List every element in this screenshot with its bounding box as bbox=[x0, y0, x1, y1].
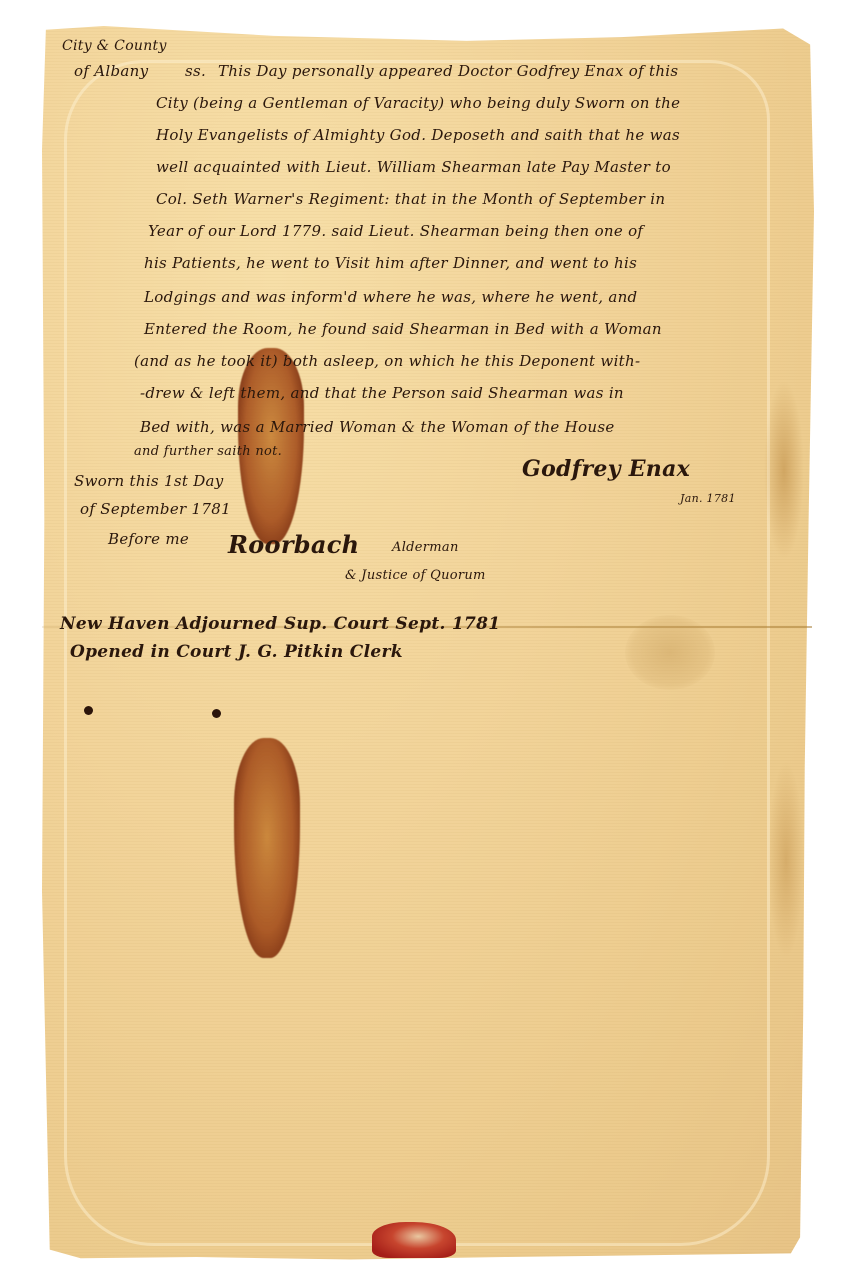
body-line: his Patients, he went to Visit him after… bbox=[144, 254, 637, 272]
body-line: City (being a Gentleman of Varacity) who… bbox=[156, 94, 680, 112]
wax-seal-remnant bbox=[372, 1222, 456, 1258]
body-line: -drew & left them, and that the Person s… bbox=[140, 384, 624, 402]
body-line: Holy Evangelists of Almighty God. Depose… bbox=[156, 126, 680, 144]
edge-stain bbox=[764, 380, 804, 560]
body-line: Entered the Room, he found said Shearman… bbox=[144, 320, 662, 338]
body-line: Lodgings and was inform'd where he was, … bbox=[144, 288, 637, 306]
officiant-signature: Roorbach bbox=[228, 530, 359, 559]
court-endorsement-line-2: Opened in Court J. G. Pitkin Clerk bbox=[70, 642, 403, 662]
body-line: Col. Seth Warner's Regiment: that in the… bbox=[156, 190, 665, 208]
ink-dot bbox=[212, 709, 221, 718]
ink-dot bbox=[84, 706, 93, 715]
court-endorsement-line-1: New Haven Adjourned Sup. Court Sept. 178… bbox=[60, 614, 500, 634]
body-line-closing: and further saith not. bbox=[134, 444, 282, 459]
deponent-flourish: Jan. 1781 bbox=[680, 492, 736, 505]
officiant-title-1: Alderman bbox=[392, 540, 459, 555]
body-line: (and as he took it) both asleep, on whic… bbox=[134, 352, 640, 370]
jurat-line-2: of September 1781 bbox=[80, 500, 231, 518]
water-stain bbox=[625, 615, 715, 690]
deponent-signature: Godfrey Enax bbox=[522, 456, 690, 482]
venue-line-1: City & County bbox=[62, 38, 167, 54]
jurat-line-3: Before me bbox=[108, 530, 189, 548]
venue-line-2: of Albany bbox=[74, 62, 148, 80]
body-line: Bed with, was a Married Woman & the Woma… bbox=[140, 418, 615, 436]
body-line: This Day personally appeared Doctor Godf… bbox=[218, 62, 678, 80]
body-line: Year of our Lord 1779. said Lieut. Shear… bbox=[148, 222, 643, 240]
officiant-title-2: & Justice of Quorum bbox=[345, 568, 486, 583]
venue-ss: ss. bbox=[185, 62, 206, 80]
jurat-line-1: Sworn this 1st Day bbox=[74, 472, 224, 490]
body-line: well acquainted with Lieut. William Shea… bbox=[156, 158, 671, 176]
edge-stain bbox=[768, 760, 804, 960]
